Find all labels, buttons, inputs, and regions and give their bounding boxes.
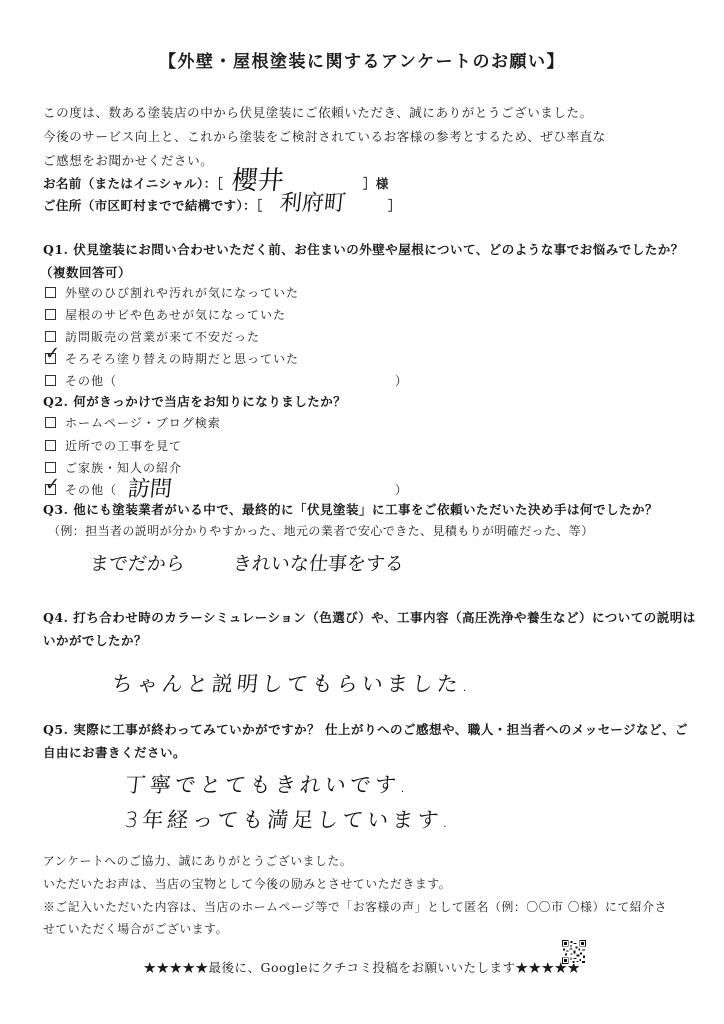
option-label: その他（ [65, 481, 117, 498]
checkbox[interactable] [45, 309, 56, 320]
checkbox-checked[interactable]: ✓ [45, 484, 56, 495]
name-field-value[interactable]: 櫻井 [230, 160, 286, 197]
name-field-suffix: ］様 [363, 174, 389, 192]
intro-line-1: この度は、数ある塗装店の中から伏見塗装にご依頼いただき、誠にありがとうございまし… [43, 103, 593, 121]
checkmark-icon: ✓ [45, 476, 61, 494]
checkbox-checked[interactable]: ✓ [45, 353, 56, 364]
q5-question-line-2: 自由にお書きください。 [43, 743, 186, 761]
q4-question-line-1: Q4. 打ち合わせ時のカラーシミュレーション（色選び）や、工事内容（高圧洗浄や養… [43, 608, 696, 626]
q5-question-line-1: Q5. 実際に工事が終わってみていかがですか？ 仕上がりへのご感想や、職人・担当… [43, 720, 688, 738]
q3-example: （例：担当者の説明が分かりやすかった、地元の業者で安心できた、見積もりが明確だっ… [48, 522, 594, 539]
q2-other-close: ） [395, 481, 407, 498]
q4-question-line-2: いかがでしたか？ [43, 631, 147, 649]
address-field-label: ご住所（市区町村までで結構です）：［ [43, 196, 263, 214]
q5-answer-line-1[interactable]: 丁寧でとてもきれいです. [123, 769, 412, 799]
q5-answer-line-2[interactable]: 3年経っても満足しています. [123, 804, 454, 834]
option-label: その他（ [65, 372, 117, 389]
q3-answer-part2[interactable]: きれいな仕事をする [232, 549, 406, 576]
q2-other-value[interactable]: 訪問 [126, 472, 173, 503]
q1-option-other[interactable]: その他（ [45, 372, 117, 389]
q1-option-3[interactable]: 訪問販売の営業が来て不安だった [45, 328, 260, 345]
option-label: 訪問販売の営業が来て不安だった [65, 328, 260, 345]
footer-treasure: いただいたお声は、当店の宝物として今後の励みとさせていただきます。 [43, 875, 451, 892]
footer-thanks: アンケートへのご協力、誠にありがとうございました。 [43, 852, 352, 869]
footer-notice-line-1: ※ご記入いただいた内容は、当店のホームページ等で「お客様の声」として匿名（例：〇… [43, 898, 667, 915]
q2-option-1[interactable]: ホームページ・ブログ検索 [45, 414, 221, 431]
q4-answer[interactable]: ちゃんと説明してもらいました. [110, 668, 474, 698]
intro-line-3: ご感想をお聞かせください。 [43, 151, 213, 169]
intro-line-2: 今後のサービス向上と、これから塗装をご検討されているお客様の参考とするため、ぜひ… [43, 127, 606, 145]
q2-question: Q2. 何がきっかけで当店をお知りになりましたか？ [43, 392, 346, 410]
q1-option-1[interactable]: 外壁のひび割れや汚れが気になっていた [45, 284, 299, 301]
q3-answer-part1[interactable]: までだから [89, 549, 187, 576]
survey-title: 【外壁・屋根塗装に関するアンケートのお願い】 [0, 47, 724, 72]
q1-other-close: ） [395, 372, 407, 389]
checkbox[interactable] [45, 417, 56, 428]
google-review-request: ★★★★★最後に、Googleにクチコミ投稿をお願いいたします★★★★★ [0, 958, 724, 976]
option-label: そろそろ塗り替えの時期だと思っていた [65, 350, 299, 367]
q1-note: （複数回答可） [40, 263, 131, 281]
option-label: 近所での工事を見て [65, 437, 182, 454]
q1-option-4[interactable]: ✓ そろそろ塗り替えの時期だと思っていた [45, 350, 299, 367]
address-field-value[interactable]: 利府町 [278, 186, 347, 217]
q1-option-2[interactable]: 屋根のサビや色あせが気になっていた [45, 306, 286, 323]
q1-question: Q1. 伏見塗装にお問い合わせいただく前、お住まいの外壁や屋根について、どのよう… [43, 240, 684, 258]
address-field-suffix: ］ [388, 196, 401, 214]
checkbox[interactable] [45, 287, 56, 298]
name-field-label: お名前（またはイニシャル）：［ [43, 174, 223, 192]
q2-option-2[interactable]: 近所での工事を見て [45, 437, 182, 454]
checkbox[interactable] [45, 440, 56, 451]
option-label: ホームページ・ブログ検索 [65, 414, 221, 431]
checkbox[interactable] [45, 331, 56, 342]
checkbox[interactable] [45, 375, 56, 386]
option-label: 屋根のサビや色あせが気になっていた [65, 306, 286, 323]
option-label: 外壁のひび割れや汚れが気になっていた [65, 284, 299, 301]
checkbox[interactable] [45, 462, 56, 473]
footer-notice-line-2: せていただく場合がございます。 [43, 920, 228, 937]
q3-question: Q3. 他にも塗装業者がいる中で、最終的に「伏見塗装」に工事をご依頼いただいた決… [43, 500, 658, 518]
qr-code-icon[interactable] [562, 940, 586, 964]
checkmark-icon: ✓ [45, 345, 61, 363]
q2-option-other[interactable]: ✓ その他（ [45, 481, 117, 498]
